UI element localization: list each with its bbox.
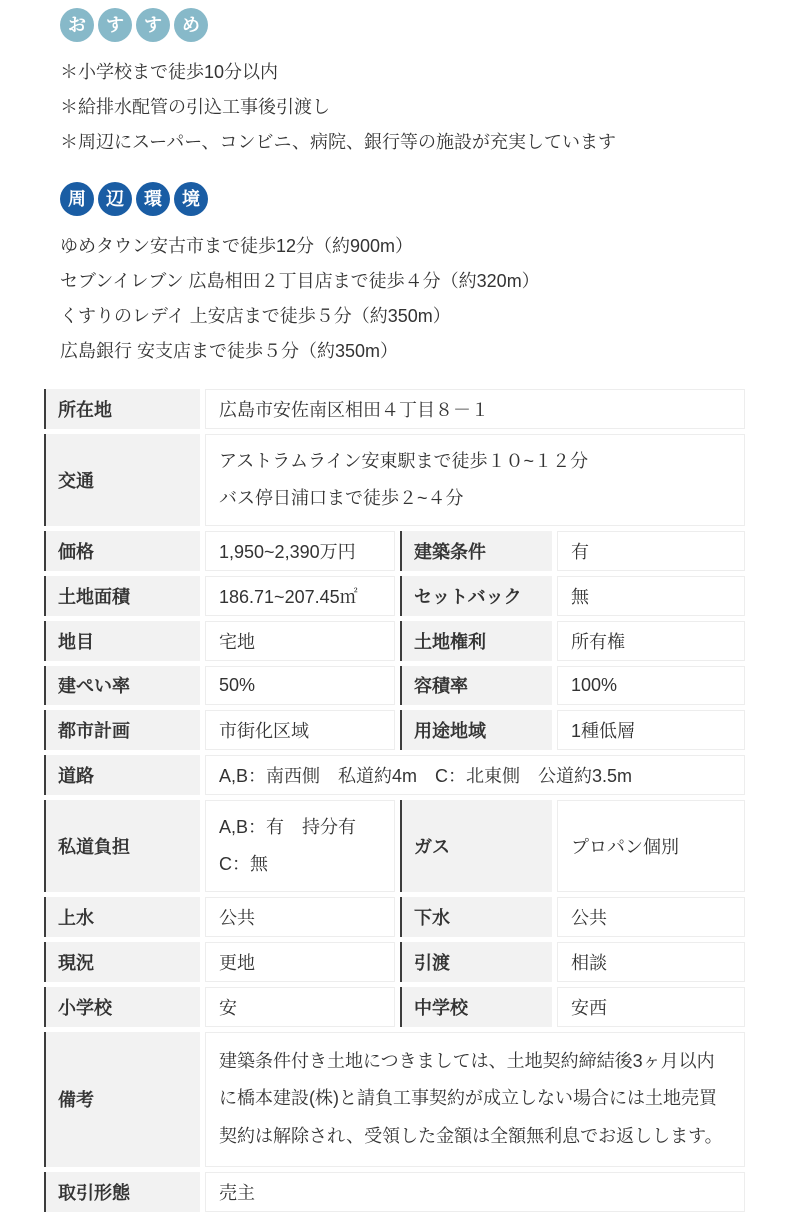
list-item: ＊小学校まで徒歩10分以内 <box>60 55 747 90</box>
recommend-list: ＊小学校まで徒歩10分以内＊給排水配管の引込工事後引渡し＊周辺にスーパー、コンビ… <box>60 55 747 160</box>
recommend-badge-circle: す <box>98 8 132 42</box>
row-label: ガス <box>400 800 552 892</box>
row-label: 上水 <box>44 897 200 937</box>
property-details-table: 所在地広島市安佐南区相田４丁目８－１交通アストラムライン安東駅まで徒歩１０~１２… <box>44 389 745 1212</box>
row-value: 売主 <box>205 1172 745 1212</box>
row-label: 価格 <box>44 531 200 571</box>
recommend-badge-circle: す <box>136 8 170 42</box>
row-value: 公共 <box>205 897 395 937</box>
row-label: 引渡 <box>400 942 552 982</box>
row-value: 更地 <box>205 942 395 982</box>
row-value: 有 <box>557 531 745 571</box>
row-label: セットバック <box>400 576 552 616</box>
row-label: 道路 <box>44 755 200 795</box>
row-value: アストラムライン安東駅まで徒歩１０~１２分バス停日浦口まで徒歩２~４分 <box>205 434 745 526</box>
row-value: 186.71~207.45㎡ <box>205 576 395 616</box>
row-value: 広島市安佐南区相田４丁目８－１ <box>205 389 745 429</box>
list-item: セブンイレブン 広島相田２丁目店まで徒歩４分（約320m） <box>60 264 747 299</box>
value-line: A,B：有 持分有 <box>219 809 356 846</box>
table-row: 所在地広島市安佐南区相田４丁目８－１ <box>44 389 745 429</box>
row-value: 所有権 <box>557 621 745 661</box>
row-value: 1,950~2,390万円 <box>205 531 395 571</box>
table-row: 現況更地引渡相談 <box>44 942 745 982</box>
row-value: 公共 <box>557 897 745 937</box>
table-row: 備考建築条件付き土地につきましては、土地契約締結後3ヶ月以内に橋本建設(株)と請… <box>44 1032 745 1167</box>
table-row: 上水公共下水公共 <box>44 897 745 937</box>
row-label: 中学校 <box>400 987 552 1027</box>
surroundings-badge-circle: 辺 <box>98 182 132 216</box>
row-label: 都市計画 <box>44 710 200 750</box>
table-row: 私道負担A,B：有 持分有C：無ガスプロパン個別 <box>44 800 745 892</box>
property-listing-page: おすすめ ＊小学校まで徒歩10分以内＊給排水配管の引込工事後引渡し＊周辺にスーパ… <box>0 0 805 1232</box>
surroundings-badge-circle: 境 <box>174 182 208 216</box>
list-item: くすりのレデイ 上安店まで徒歩５分（約350m） <box>60 299 747 334</box>
row-label: 下水 <box>400 897 552 937</box>
table-row: 土地面積186.71~207.45㎡セットバック無 <box>44 576 745 616</box>
recommend-heading-badges: おすすめ <box>60 8 747 42</box>
table-row: 取引形態売主 <box>44 1172 745 1212</box>
row-label: 地目 <box>44 621 200 661</box>
row-value: プロパン個別 <box>557 800 745 892</box>
recommend-section: おすすめ ＊小学校まで徒歩10分以内＊給排水配管の引込工事後引渡し＊周辺にスーパ… <box>44 8 747 160</box>
list-item: ＊周辺にスーパー、コンビニ、病院、銀行等の施設が充実しています <box>60 125 747 160</box>
surroundings-list: ゆめタウン安古市まで徒歩12分（約900m）セブンイレブン 広島相田２丁目店まで… <box>60 229 747 369</box>
row-label: 現況 <box>44 942 200 982</box>
row-value: 建築条件付き土地につきましては、土地契約締結後3ヶ月以内に橋本建設(株)と請負工… <box>205 1032 745 1167</box>
row-label: 小学校 <box>44 987 200 1027</box>
row-value: 市街化区域 <box>205 710 395 750</box>
list-item: ゆめタウン安古市まで徒歩12分（約900m） <box>60 229 747 264</box>
row-label: 土地権利 <box>400 621 552 661</box>
list-item: ＊給排水配管の引込工事後引渡し <box>60 90 747 125</box>
table-row: 建ぺい率50%容積率100% <box>44 666 745 705</box>
row-label: 建ぺい率 <box>44 666 200 705</box>
row-label: 取引形態 <box>44 1172 200 1212</box>
row-value: 安西 <box>557 987 745 1027</box>
row-value: 無 <box>557 576 745 616</box>
row-value: 50% <box>205 666 395 705</box>
table-row: 価格1,950~2,390万円建築条件有 <box>44 531 745 571</box>
table-row: 交通アストラムライン安東駅まで徒歩１０~１２分バス停日浦口まで徒歩２~４分 <box>44 434 745 526</box>
table-row: 道路A,B：南西側 私道約4m C：北東側 公道約3.5m <box>44 755 745 795</box>
row-value: 相談 <box>557 942 745 982</box>
row-label: 所在地 <box>44 389 200 429</box>
row-label: 備考 <box>44 1032 200 1167</box>
value-line: アストラムライン安東駅まで徒歩１０~１２分 <box>219 443 588 480</box>
row-value: 宅地 <box>205 621 395 661</box>
row-label: 容積率 <box>400 666 552 705</box>
row-value: A,B：有 持分有C：無 <box>205 800 395 892</box>
surroundings-badge-circle: 周 <box>60 182 94 216</box>
row-label: 建築条件 <box>400 531 552 571</box>
row-value: A,B：南西側 私道約4m C：北東側 公道約3.5m <box>205 755 745 795</box>
row-value: 100% <box>557 666 745 705</box>
surroundings-section: 周辺環境 ゆめタウン安古市まで徒歩12分（約900m）セブンイレブン 広島相田２… <box>44 182 747 369</box>
row-label: 交通 <box>44 434 200 526</box>
value-line: C：無 <box>219 846 268 883</box>
surroundings-badge-circle: 環 <box>136 182 170 216</box>
row-label: 私道負担 <box>44 800 200 892</box>
table-row: 都市計画市街化区域用途地域1種低層 <box>44 710 745 750</box>
row-label: 用途地域 <box>400 710 552 750</box>
table-row: 小学校安中学校安西 <box>44 987 745 1027</box>
row-label: 土地面積 <box>44 576 200 616</box>
row-value: 安 <box>205 987 395 1027</box>
recommend-badge-circle: お <box>60 8 94 42</box>
list-item: 広島銀行 安支店まで徒歩５分（約350m） <box>60 334 747 369</box>
surroundings-heading-badges: 周辺環境 <box>60 182 747 216</box>
recommend-badge-circle: め <box>174 8 208 42</box>
row-value: 1種低層 <box>557 710 745 750</box>
value-line: バス停日浦口まで徒歩２~４分 <box>219 480 464 517</box>
table-row: 地目宅地土地権利所有権 <box>44 621 745 661</box>
